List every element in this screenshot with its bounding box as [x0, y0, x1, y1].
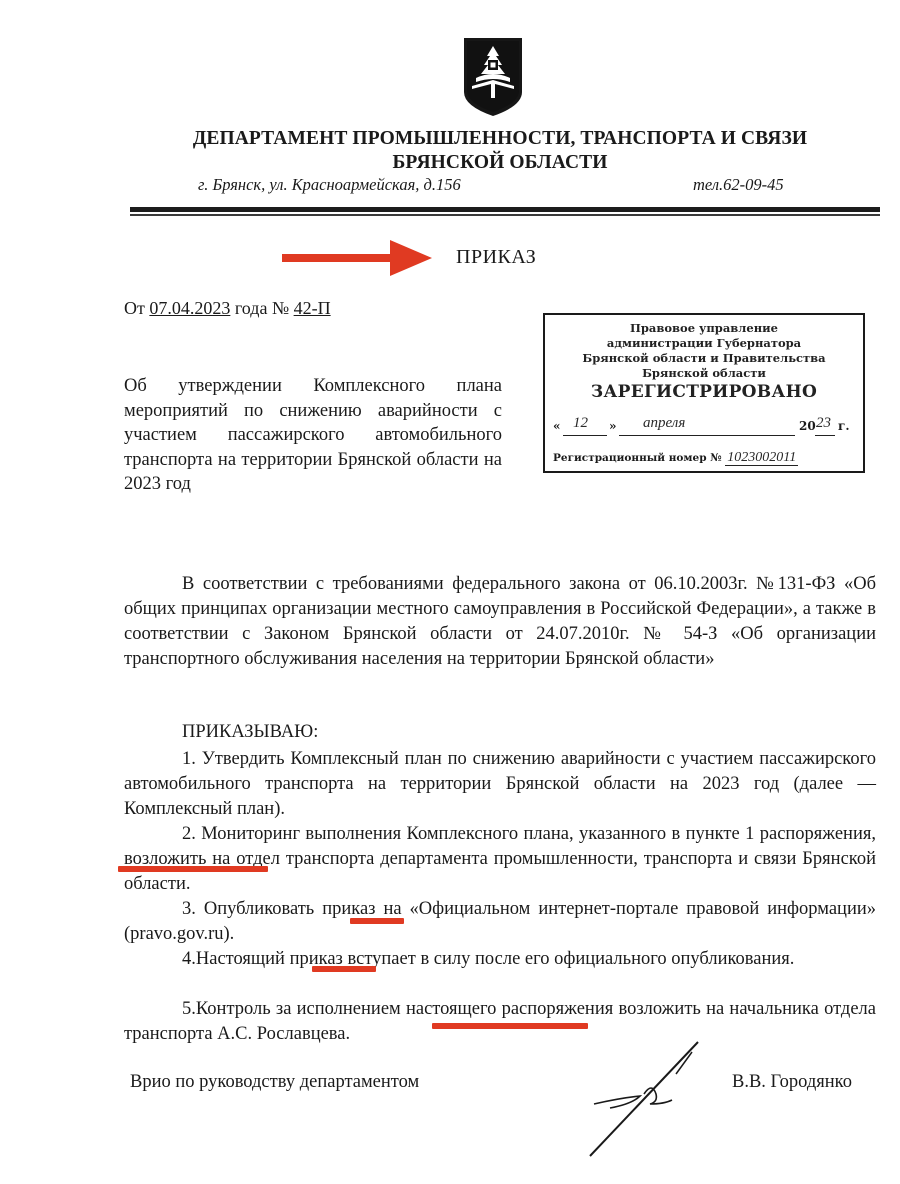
header-divider — [130, 207, 880, 217]
department-phone: тел.62-09-45 — [693, 175, 784, 195]
document-type: ПРИКАЗ — [456, 246, 536, 269]
stamp-line1: Правовое управление — [545, 321, 863, 335]
stamp-year-unit: г. — [838, 419, 850, 433]
order-line: От 07.04.2023 года № 42-П — [124, 298, 331, 319]
stamp-reg-label: Регистрационный номер № — [553, 452, 722, 464]
stamp-reg-number: 1023002011 — [725, 450, 798, 466]
preamble: В соответствии с требованиями федерально… — [124, 572, 876, 672]
order-item-2: 2. Мониторинг выполнения Комплексного пл… — [124, 822, 876, 897]
highlight-mark — [350, 918, 404, 924]
signatory-name: В.В. Городянко — [732, 1072, 852, 1093]
stamp-line3: Брянской области и Правительства — [545, 351, 863, 365]
stamp-date: « 12 » апреля 20 23 г. — [553, 417, 853, 439]
coat-of-arms-icon — [462, 36, 524, 118]
order-subject: Об утверждении Комплексного плана меропр… — [124, 374, 502, 497]
order-item-5: 5.Контроль за исполнением настоящего рас… — [124, 997, 876, 1047]
stamp-line2: администрации Губернатора — [545, 336, 863, 350]
stamp-month: апреля — [643, 415, 685, 432]
stamp-year-suffix: 23 — [816, 415, 831, 432]
registration-stamp: Правовое управление администрации Губерн… — [543, 313, 865, 473]
highlight-mark — [312, 966, 376, 972]
stamp-day: 12 — [573, 415, 588, 432]
order-item-3: 3. Опубликовать приказ на «Официальном и… — [124, 897, 876, 947]
highlight-mark — [118, 866, 268, 872]
signatory-role: Врио по руководству департаментом — [130, 1072, 419, 1093]
order-number: 42-П — [294, 298, 331, 318]
stamp-line4: Брянской области — [545, 366, 863, 380]
department-name-line2: БРЯНСКОЙ ОБЛАСТИ — [150, 151, 850, 175]
orders-heading: ПРИКАЗЫВАЮ: — [182, 722, 318, 743]
red-arrow-icon — [282, 238, 432, 278]
highlight-mark — [432, 1023, 588, 1029]
department-name: ДЕПАРТАМЕНТ ПРОМЫШЛЕННОСТИ, ТРАНСПОРТА И… — [150, 127, 850, 175]
order-date: 07.04.2023 — [149, 298, 230, 318]
order-prefix: От — [124, 298, 145, 318]
order-item-4: 4.Настоящий приказ вступает в силу после… — [124, 947, 876, 972]
order-middle: года № — [235, 298, 289, 318]
handwritten-signature-icon — [580, 1038, 730, 1158]
department-address: г. Брянск, ул. Красноармейская, д.156 — [198, 175, 461, 195]
order-item-1: 1. Утвердить Комплексный план по снижени… — [124, 747, 876, 822]
department-name-line1: ДЕПАРТАМЕНТ ПРОМЫШЛЕННОСТИ, ТРАНСПОРТА И… — [150, 127, 850, 151]
stamp-year-prefix: 20 — [799, 419, 816, 433]
stamp-registration: Регистрационный номер № 1023002011 — [553, 450, 863, 466]
stamp-status: ЗАРЕГИСТРИРОВАНО — [545, 382, 863, 402]
